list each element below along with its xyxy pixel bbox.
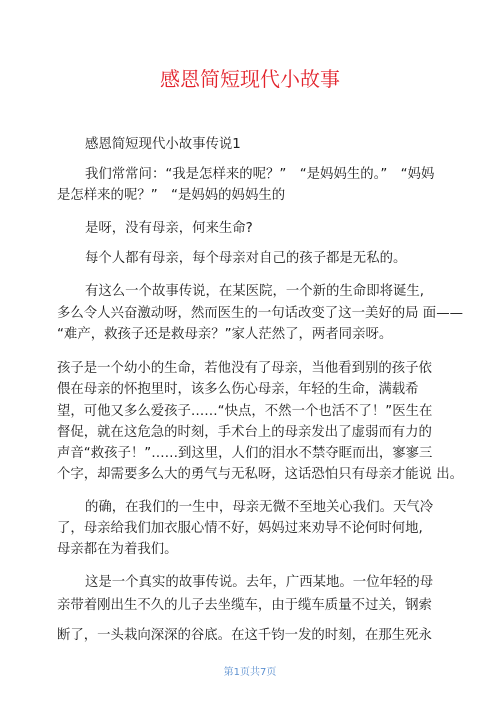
paragraph-line: 望，可他又多么爱孩子……“快点，不然一个也活不了！”医生在	[57, 403, 432, 421]
paragraph-line: 是呀，没有母亲，何来生命?	[85, 220, 253, 238]
paragraph-line: 我们常常问：“我是怎样来的呢？” “是妈妈生的。” “妈妈	[85, 166, 434, 184]
paragraph-line: 多么令人兴奋激动呀，然而医生的一句话改变了这一美好的局 面——	[57, 305, 463, 323]
paragraph-line: 偎在母亲的怀抱里时，该多么伤心母亲，年轻的生命，满载希	[57, 381, 419, 399]
paragraph-line: 声音“救孩子！”……到这里，人们的泪水不禁夺眶而出，寥寥三	[57, 445, 432, 463]
section-heading: 感恩简短现代小故事传说1	[85, 136, 241, 154]
document-title: 感恩简短现代小故事	[0, 66, 500, 92]
page-indicator: 第1页共7页	[0, 663, 500, 678]
paragraph-line: 是怎样来的呢？” “是妈妈的妈妈生的	[57, 187, 285, 205]
document-page: 感恩简短现代小故事 感恩简短现代小故事传说1 我们常常问：“我是怎样来的呢？” …	[0, 0, 500, 707]
paragraph-line: “难产，救孩子还是救母亲？”家人茫然了，两者同亲呀。	[57, 326, 392, 344]
paragraph-line: 断了，一头栽向深深的谷底。在这千钧一发的时刻，在那生死永	[57, 627, 432, 645]
paragraph-line: 每个人都有母亲，每个母亲对自己的孩子都是无私的。	[85, 250, 406, 268]
paragraph-line: 孩子是一个幼小的生命，若他没有了母亲，当他看到别的孩子依	[57, 360, 432, 378]
paragraph-line: 母亲都在为着我们。	[57, 541, 178, 559]
paragraph-line: 这是一个真实的故事传说。去年，广西某地。一位年轻的母	[85, 574, 433, 592]
paragraph-line: 亲带着刚出生不久的儿子去坐缆车，由于缆车质量不过关，钢索	[57, 597, 432, 615]
paragraph-line: 了，母亲给我们加衣服心情不好，妈妈过来劝导不论何时何地,	[57, 520, 423, 538]
paragraph-line: 的确，在我们的一生中，母亲无微不至地关心我们。天气冷	[85, 499, 433, 517]
paragraph-line: 有这么一个故事传说，在某医院，一个新的生命即将诞生,	[85, 283, 424, 301]
paragraph-line: 个字，却需要多么大的勇气与无私呀，这话恐怕只有母亲才能说 出。	[57, 466, 463, 484]
paragraph-line: 督促，就在这危急的时刻，手术台上的母亲发出了虚弱而有力的	[57, 424, 432, 442]
